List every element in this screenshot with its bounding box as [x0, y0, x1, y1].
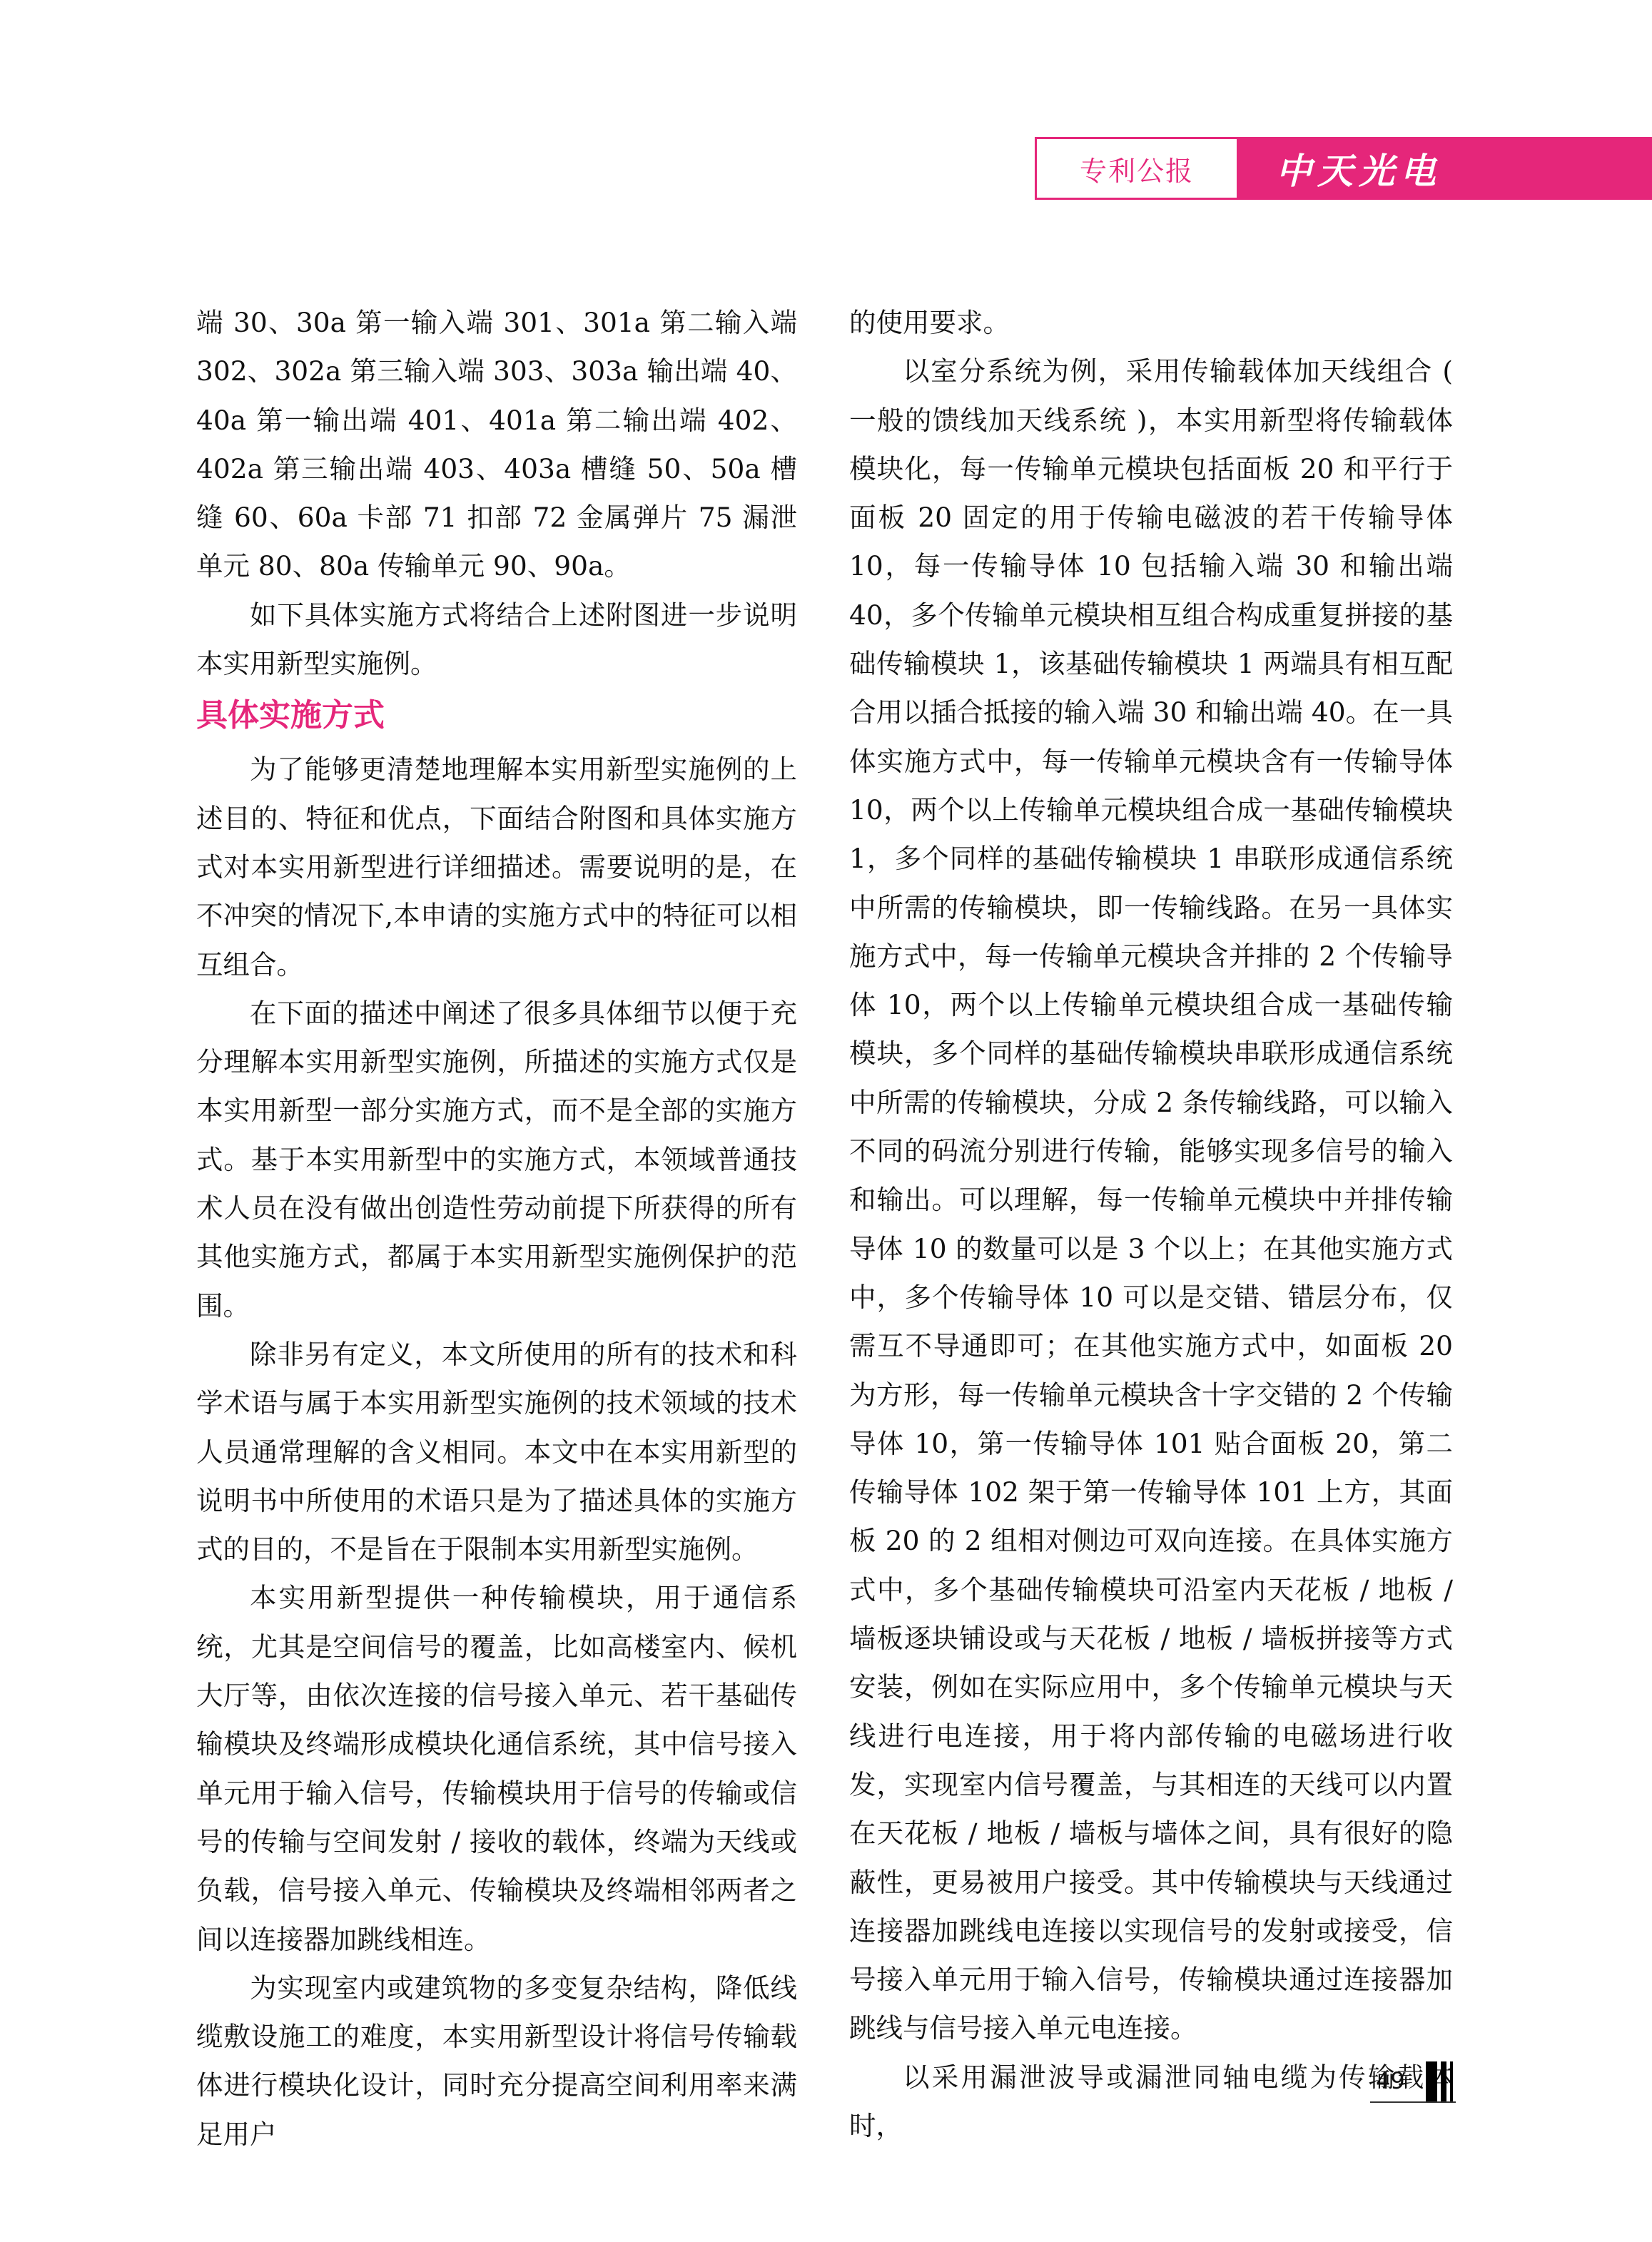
page-header: 专利公报 中天光电	[1035, 137, 1652, 200]
paragraph: 如下具体实施方式将结合上述附图进一步说明本实用新型实施例。	[196, 591, 797, 689]
folio-bar-icon	[1426, 2061, 1437, 2101]
section-label: 专利公报	[1035, 137, 1239, 200]
left-column: 端 30、30a 第一输入端 301、301a 第二输入端 302、302a 第…	[196, 298, 797, 2159]
paragraph: 本实用新型提供一种传输模块，用于通信系统，尤其是空间信号的覆盖，比如高楼室内、候…	[196, 1573, 797, 1963]
folio-bar-icon	[1441, 2061, 1446, 2101]
paragraph: 在下面的描述中阐述了很多具体细节以便于充分理解本实用新型实施例，所描述的实施方式…	[196, 989, 797, 1330]
paragraph: 以室分系统为例，采用传输载体加天线组合 ( 一般的馈线加天线系统 )，本实用新型…	[849, 347, 1453, 2052]
brand-logo-text: 中天光电	[1276, 143, 1441, 194]
paragraph: 以采用漏泄波导或漏泄同轴电缆为传输载体时，	[849, 2053, 1453, 2151]
paragraph: 除非另有定义，本文所使用的所有的技术和科学术语与属于本实用新型实施例的技术领域的…	[196, 1330, 797, 1573]
paragraph-continued: 端 30、30a 第一输入端 301、301a 第二输入端 302、302a 第…	[196, 298, 797, 591]
paragraph: 为实现室内或建筑物的多变复杂结构，降低线缆敷设施工的难度，本实用新型设计将信号传…	[196, 1964, 797, 2159]
folio-bar-icon	[1450, 2061, 1453, 2101]
page-number: 49	[1376, 2067, 1405, 2094]
brand-banner: 中天光电	[1237, 137, 1652, 200]
page-footer: 49	[1370, 2066, 1456, 2103]
paragraph-continued: 的使用要求。	[849, 298, 1453, 347]
section-heading: 具体实施方式	[196, 691, 797, 741]
right-column: 的使用要求。 以室分系统为例，采用传输载体加天线组合 ( 一般的馈线加天线系统 …	[849, 298, 1453, 2150]
paragraph: 为了能够更清楚地理解本实用新型实施例的上述目的、特征和优点，下面结合附图和具体实…	[196, 745, 797, 988]
